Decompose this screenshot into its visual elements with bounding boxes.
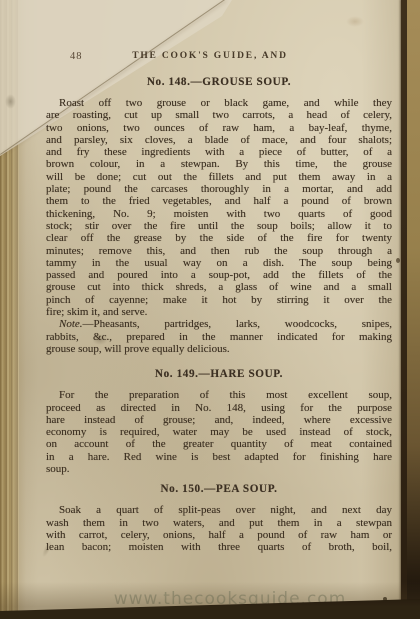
text-line: wash them in two waters, and put them in… <box>46 517 392 529</box>
text-line: two onions, two ounces of raw ham, a bay… <box>46 122 392 134</box>
text-line: rabbits, &c., prepared in the manner ind… <box>46 331 392 343</box>
text-line: Roast off two grouse or black game, and … <box>46 97 392 109</box>
text-line: grouse cut into thick shreds, a glass of… <box>46 281 392 293</box>
text-line: are roasting, cut up small two carrots, … <box>46 109 392 121</box>
stain-speck <box>396 258 400 263</box>
text-line: lean bacon; moisten with three quarts of… <box>46 541 392 553</box>
recipe-heading: No. 149.—HARE SOUP. <box>46 368 392 380</box>
stain-spot <box>346 16 364 27</box>
text-line: will be done; cut out the fillets and pu… <box>46 171 392 183</box>
note-label: Note. <box>59 318 83 330</box>
text-line: pinch of cayenne; make it hot by stirrin… <box>46 294 392 306</box>
text-line: brown colour, in a stewpan. By this time… <box>46 158 392 170</box>
text-line: Note.—Pheasants, partridges, larks, wood… <box>46 318 392 330</box>
paragraph: For the preparation of this most excelle… <box>46 389 392 475</box>
recipe-heading: No. 148.—GROUSE SOUP. <box>46 76 392 88</box>
text-line: and fry these ingredients with a piece o… <box>46 146 392 158</box>
text-line: and parsley, six cloves, a blade of mace… <box>46 134 392 146</box>
text-line: tammy in the usual way on a dish. The so… <box>46 257 392 269</box>
text-line: hare instead of grouse; and, indeed, whe… <box>46 414 392 426</box>
text-line: on account of the greater quantity of me… <box>46 438 392 450</box>
text-line: proceed as directed in No. 148, using fo… <box>46 402 392 414</box>
text-line: passed and poured into a soup-pot, add t… <box>46 269 392 281</box>
text-line: stock; stir over the fire until the soup… <box>46 220 392 232</box>
running-title: THE COOK'S GUIDE, AND <box>0 51 420 61</box>
paragraph: Note.—Pheasants, partridges, larks, wood… <box>46 318 392 355</box>
text-line: minutes; remove this, and then rub the s… <box>46 245 392 257</box>
stain-spot <box>5 94 16 109</box>
paragraph: Roast off two grouse or black game, and … <box>46 97 392 318</box>
text-line: fire; skim it, and serve. <box>46 306 392 318</box>
text-line: economy is required, water may be used i… <box>46 426 392 438</box>
paragraph: Soak a quart of split-peas over night, a… <box>46 504 392 553</box>
scanned-book-page: 48 THE COOK'S GUIDE, AND No. 148.—GROUSE… <box>0 0 420 619</box>
text-line: For the preparation of this most excelle… <box>46 389 392 401</box>
recipe-heading: No. 150.—PEA SOUP. <box>46 483 392 495</box>
page-text: No. 148.—GROUSE SOUP.Roast off two grous… <box>46 76 392 554</box>
text-line: thickening, No. 9; moisten with two quar… <box>46 208 392 220</box>
text-line: with carrot, celery, onions, half a poun… <box>46 529 392 541</box>
text-line: plate; pound the carcases thoroughly in … <box>46 183 392 195</box>
book-right-edge <box>407 0 420 619</box>
text-line: in a hare. Red wine is best adapted for … <box>46 451 392 463</box>
text-line: clear off the grease by the side of the … <box>46 232 392 244</box>
text-line: Soak a quart of split-peas over night, a… <box>46 504 392 516</box>
text-line: grouse soup, will prove equally deliciou… <box>46 343 392 355</box>
text-line: them to the fried vegetables, and half a… <box>46 195 392 207</box>
text-line: soup. <box>46 463 392 475</box>
